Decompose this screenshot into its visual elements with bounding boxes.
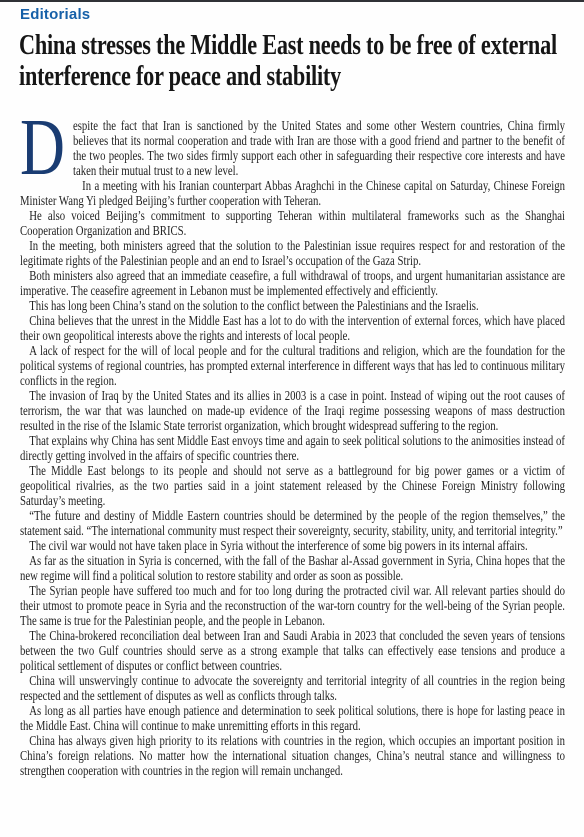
paragraph: As long as all parties have enough patie… bbox=[20, 704, 565, 734]
paragraph: A lack of respect for the will of local … bbox=[20, 344, 565, 389]
paragraph: The invasion of Iraq by the United State… bbox=[20, 389, 565, 434]
paragraph: As far as the situation in Syria is conc… bbox=[20, 554, 565, 584]
drop-cap: D bbox=[20, 120, 69, 180]
paragraph: China will unswervingly continue to advo… bbox=[20, 674, 565, 704]
paragraph: The Middle East belongs to its people an… bbox=[20, 464, 565, 509]
article-body-inner: Despite the fact that Iran is sanctioned… bbox=[20, 119, 565, 779]
headline-wrap: China stresses the Middle East needs to … bbox=[19, 30, 565, 93]
editorial-page: Editorials China stresses the Middle Eas… bbox=[0, 0, 584, 837]
paragraph: The civil war would not have taken place… bbox=[20, 539, 565, 554]
paragraph: He also voiced Beijing’s commitment to s… bbox=[20, 209, 565, 239]
paragraph: The China-brokered reconciliation deal b… bbox=[20, 629, 565, 674]
paragraph: China believes that the unrest in the Mi… bbox=[20, 314, 565, 344]
lead-paragraph: Despite the fact that Iran is sanctioned… bbox=[20, 119, 565, 179]
paragraph: This has long been China’s stand on the … bbox=[20, 299, 565, 314]
headline: China stresses the Middle East needs to … bbox=[19, 30, 565, 92]
paragraph: The Syrian people have suffered too much… bbox=[20, 584, 565, 629]
section-label[interactable]: Editorials bbox=[20, 6, 564, 23]
paragraph: “The future and destiny of Middle Easter… bbox=[20, 509, 565, 539]
article-body: Despite the fact that Iran is sanctioned… bbox=[20, 119, 565, 779]
lead-paragraph-text: espite the fact that Iran is sanctioned … bbox=[73, 119, 565, 179]
paragraph: In a meeting with his Iranian counterpar… bbox=[20, 179, 565, 209]
paragraph: China has always given high priority to … bbox=[20, 734, 565, 779]
paragraph: That explains why China has sent Middle … bbox=[20, 434, 565, 464]
drop-cap-glyph: D bbox=[20, 107, 65, 188]
top-rule bbox=[0, 0, 584, 2]
paragraph: Both ministers also agreed that an immed… bbox=[20, 269, 565, 299]
paragraph: In the meeting, both ministers agreed th… bbox=[20, 239, 565, 269]
